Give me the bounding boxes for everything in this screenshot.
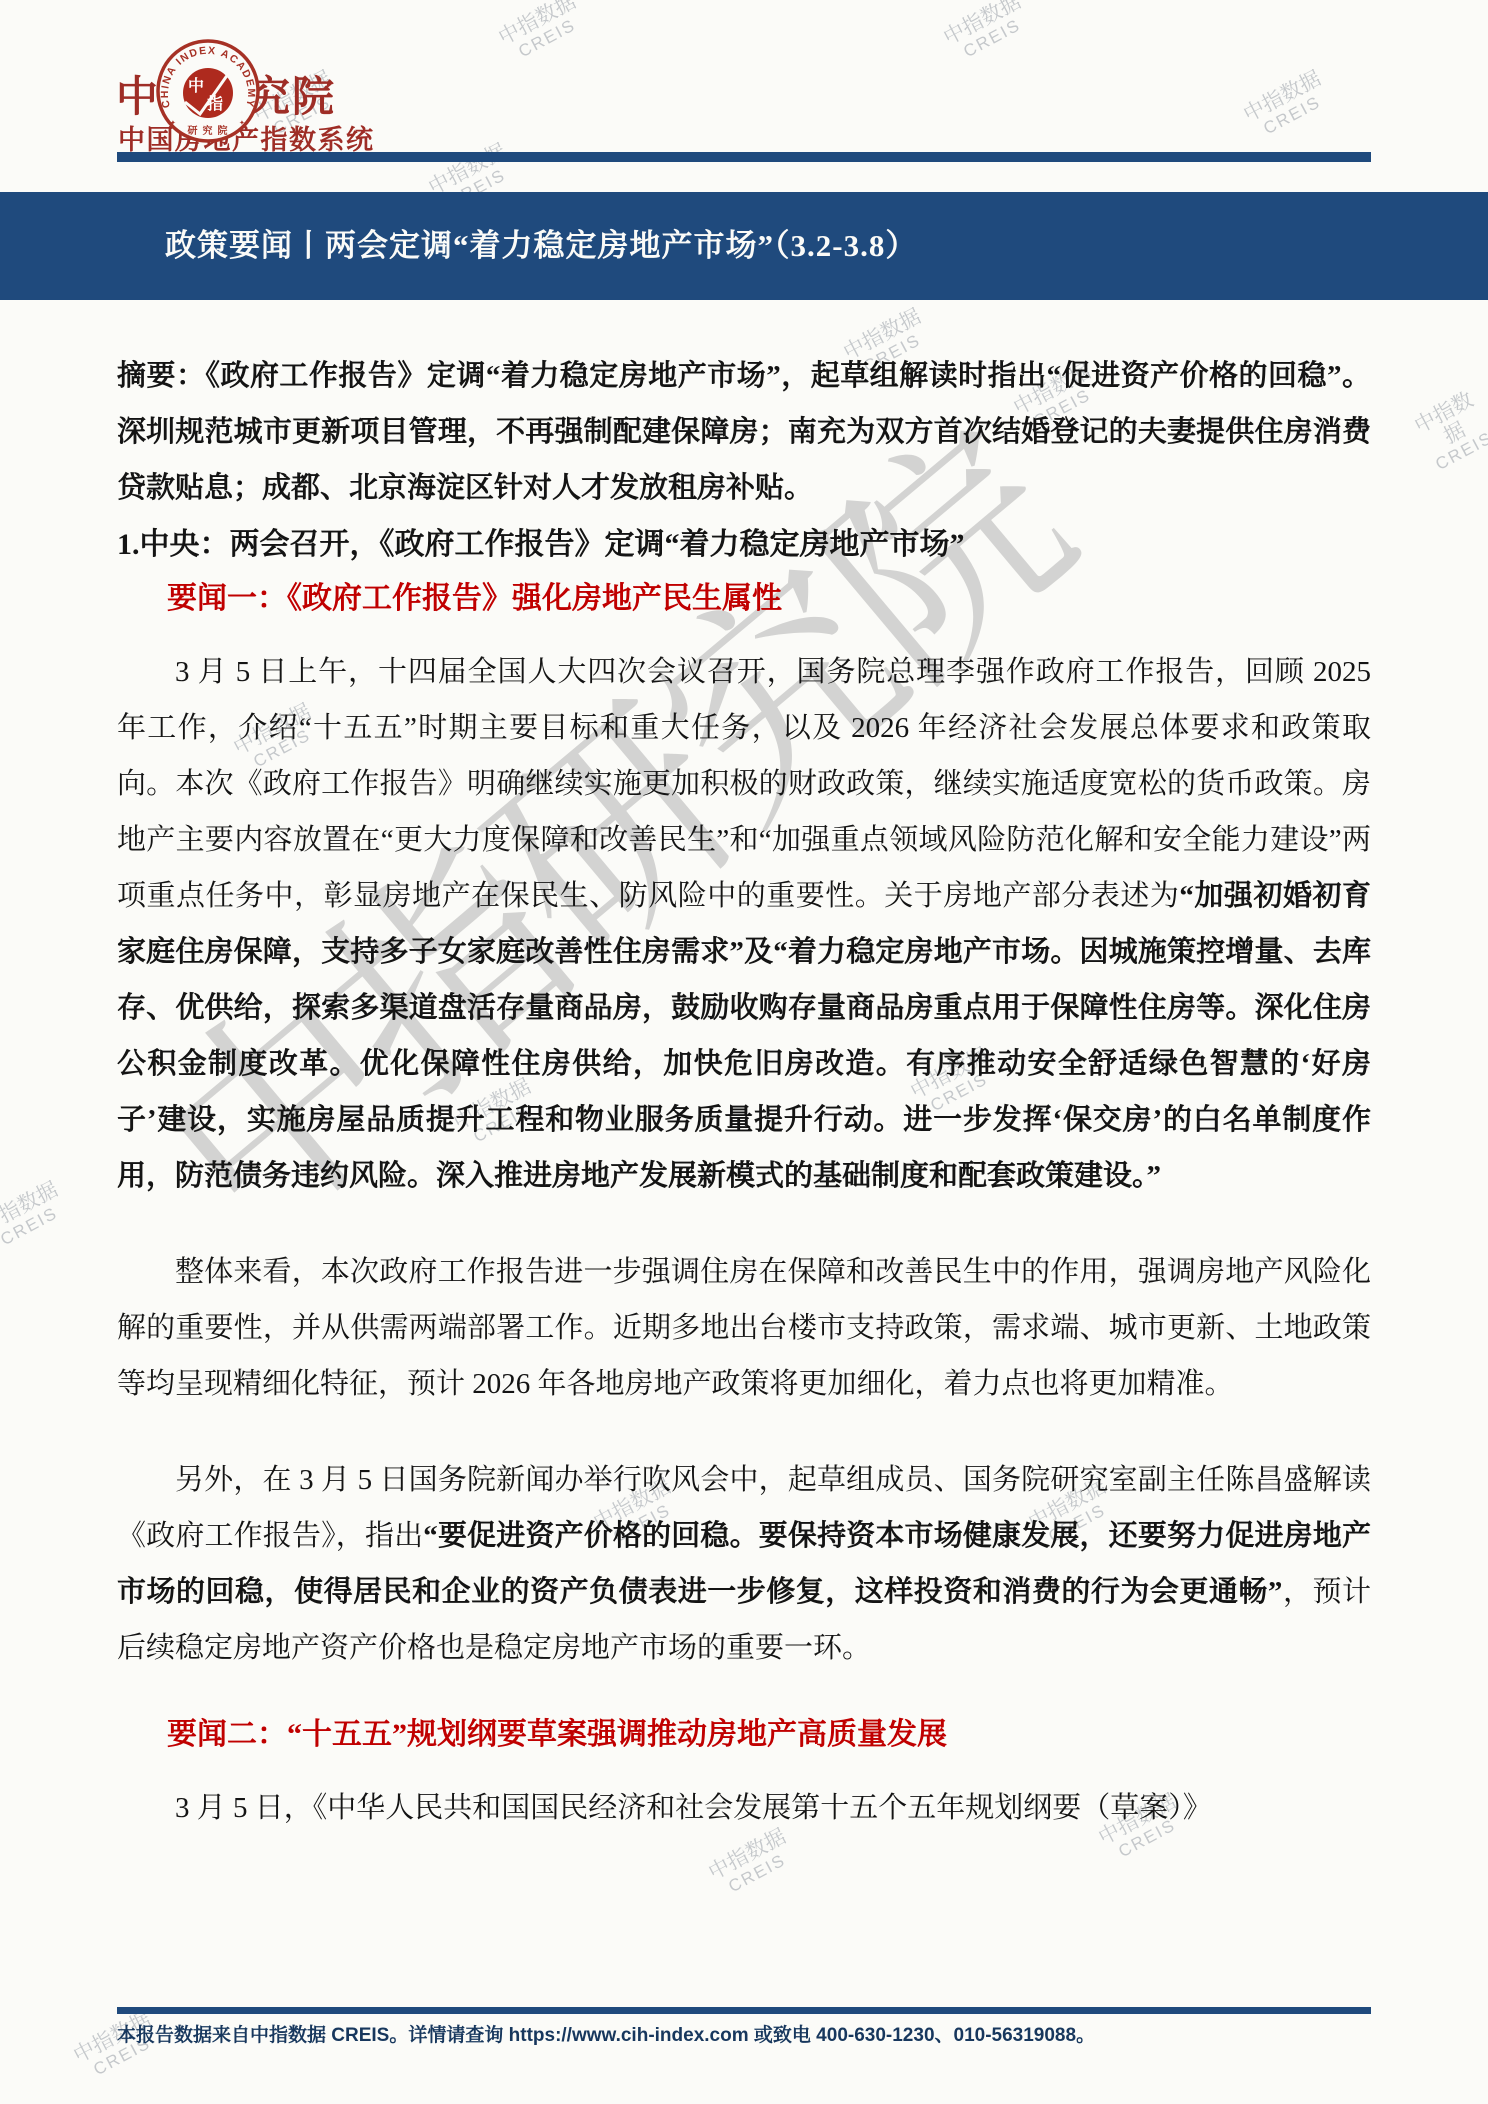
watermark-creis: 中指数据CREIS: [1409, 388, 1488, 476]
report-title: 政策要闻丨两会定调“着力稳定房地产市场”（3.2-3.8）: [0, 192, 1488, 300]
watermark-creis: 中指数据CREIS: [0, 1179, 71, 1255]
logo-char-bottom: 指: [206, 95, 223, 113]
watermark-creis: 中指数据CREIS: [940, 0, 1033, 66]
content-blocks: 摘要：《政府工作报告》定调“着力稳定房地产市场”，起草组解读时指出“促进资产价格…: [117, 348, 1371, 1836]
document-page: 中指研究院 中指数据CREIS中指数据CREIS中指数据CREIS中指数据CRE…: [0, 0, 1488, 2104]
watermark-creis: 中指数据CREIS: [495, 0, 588, 66]
watermark-creis: 中指数据CREIS: [705, 1826, 798, 1902]
watermark-creis: 中指数据CREIS: [1240, 68, 1333, 144]
summary-paragraph: 摘要：《政府工作报告》定调“着力稳定房地产市场”，起草组解读时指出“促进资产价格…: [117, 348, 1371, 516]
svg-text:✦: ✦: [170, 119, 176, 127]
china-index-academy-logo-icon: CHINA INDEX ACADEMY 中 指 研究院 ✦ ✦: [155, 38, 261, 144]
footer-text-prefix: 本报告数据来自中指数据 CREIS。详情请查询: [117, 2025, 509, 2046]
red-subheading-1: 要闻一：《政府工作报告》强化房地产民生属性: [117, 580, 1371, 618]
title-banner: 政策要闻丨两会定调“着力稳定房地产市场”（3.2-3.8）: [0, 192, 1488, 300]
footer-url-link[interactable]: https://www.cih-index.com: [509, 2025, 749, 2046]
section-heading-1: 1.中央：两会召开，《政府工作报告》定调“着力稳定房地产市场”: [117, 526, 1371, 564]
body-paragraph-1: 3 月 5 日上午，十四届全国人大四次会议召开，国务院总理李强作政府工作报告，回…: [117, 644, 1371, 1204]
logo-bottom-text: 研究院: [188, 124, 233, 137]
logo-char-top: 中: [188, 77, 204, 95]
svg-text:✦: ✦: [239, 119, 245, 127]
footer-note: 本报告数据来自中指数据 CREIS。详情请查询 https://www.cih-…: [117, 2020, 1371, 2047]
footer-text-suffix: 或致电 400-630-1230、010-56319088。: [749, 2025, 1095, 2046]
body-paragraph-2: 整体来看，本次政府工作报告进一步强调住房在保障和改善民生中的作用，强调房地产风险…: [117, 1244, 1371, 1412]
red-subheading-2: 要闻二：“十五五”规划纲要草案强调推动房地产高质量发展: [117, 1716, 1371, 1754]
body-paragraph-4: 3 月 5 日，《中华人民共和国国民经济和社会发展第十五个五年规划纲要（草案）》: [117, 1780, 1371, 1836]
header-divider-rule: [117, 152, 1371, 162]
footer-divider-rule: [117, 2007, 1371, 2014]
body-paragraph-3: 另外，在 3 月 5 日国务院新闻办举行吹风会中，起草组成员、国务院研究室副主任…: [117, 1452, 1371, 1676]
